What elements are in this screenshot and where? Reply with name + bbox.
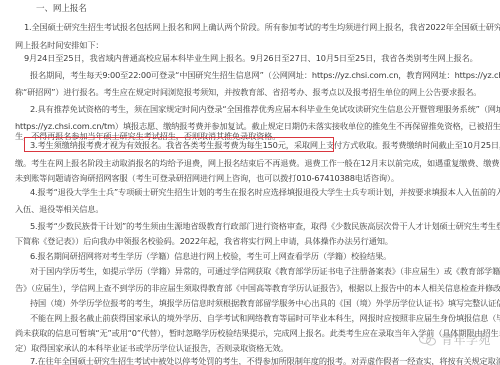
paragraph-line: 2.具有推荐免试资格的考生，须在国家规定时间内登录“全国推荐优秀应届本科毕业生免… bbox=[30, 103, 500, 115]
paragraph-line: 不能在网上报名截止前获得国家承认的境外学历、自学考试和网络教育等届时可毕业本科生… bbox=[30, 312, 500, 324]
watermark: 青年学苑 bbox=[418, 331, 491, 348]
paragraph-line: 持国（境）外学历学位报考的考生，填报学历信息时须根据教育部留学服务中心出具的《国… bbox=[30, 297, 500, 309]
paragraph-line: 网上报名时间安排如下： bbox=[15, 39, 103, 51]
paragraph-line: 6.报名期间研招网将对考生学历（学籍）信息进行网上校验，考生可上网查看学历（学籍… bbox=[30, 250, 391, 262]
paragraph-line: 未到账等问题请咨询研招网客服（考生可登录研招网进行网上咨询，也可以拨打010-6… bbox=[15, 172, 399, 184]
paragraph-line: 下简称《登记表》）后向我办申领报名校验码。2022年起，我省将实行网上申请，具体… bbox=[15, 235, 393, 247]
paragraph-line: 4.报考“退役大学生士兵”专项硕士研究生招生计划的考生在报名时应选择填报退役大学… bbox=[30, 186, 500, 198]
paragraph-line: 入伍、退役等相关信息。 bbox=[15, 203, 103, 215]
section-heading: 一、网上报名 bbox=[36, 3, 87, 15]
highlight-box bbox=[24, 137, 334, 152]
document-body: 一、网上报名1.全国硕士研究生招生考试报名包括网上报名和网上确认两个阶段。所有参… bbox=[0, 0, 500, 365]
paragraph-line: 告》（应届生），学信网上查不到学历的非应届生须取得教育部《中国高等教育学历认证报… bbox=[15, 282, 500, 294]
watermark-text: 青年学苑 bbox=[441, 331, 491, 348]
paragraph-line: 5.报考“少数民族骨干计划”的考生须由生源地省级教育行政部门进行资格审查，取得《… bbox=[30, 220, 500, 232]
wechat-icon bbox=[418, 333, 438, 347]
paragraph-line: 报名期间，考生每天9:00至22:00可登录“中国研究生招生信息网”（公网网址：… bbox=[30, 69, 500, 81]
paragraph-line: 缴。考生在网上报名阶段主动取消报名的均给予退费，网上报名结束后不再退费。退费工作… bbox=[15, 157, 500, 169]
paragraph-line: 称“研招网”）进行报名。考生应在规定时间浏览报考须知，并按教育部、省招考办、报考… bbox=[15, 86, 481, 98]
paragraph-line: 对于国内学历考生，如提示学历（学籍）异常的，可通过学信网获取《教育部学历证书电子… bbox=[30, 265, 500, 277]
paragraph-line: 定）取得国家承认的本科毕业证书或学历学位认证报告，否则录取资格无效。 bbox=[15, 342, 288, 354]
paragraph-line: 1.全国硕士研究生招生考试报名包括网上报名和网上确认两个阶段。所有参加考试的考生… bbox=[24, 21, 500, 33]
paragraph-line: 9月24日至25日，我省域内普通高校应届本科毕业生网上报名。9月26日至27日、… bbox=[24, 52, 478, 64]
paragraph-line: 7.在往年全国硕士研究生招生考试中被处以停考处罚的考生，不得参加所限制年度的报考… bbox=[30, 355, 500, 365]
